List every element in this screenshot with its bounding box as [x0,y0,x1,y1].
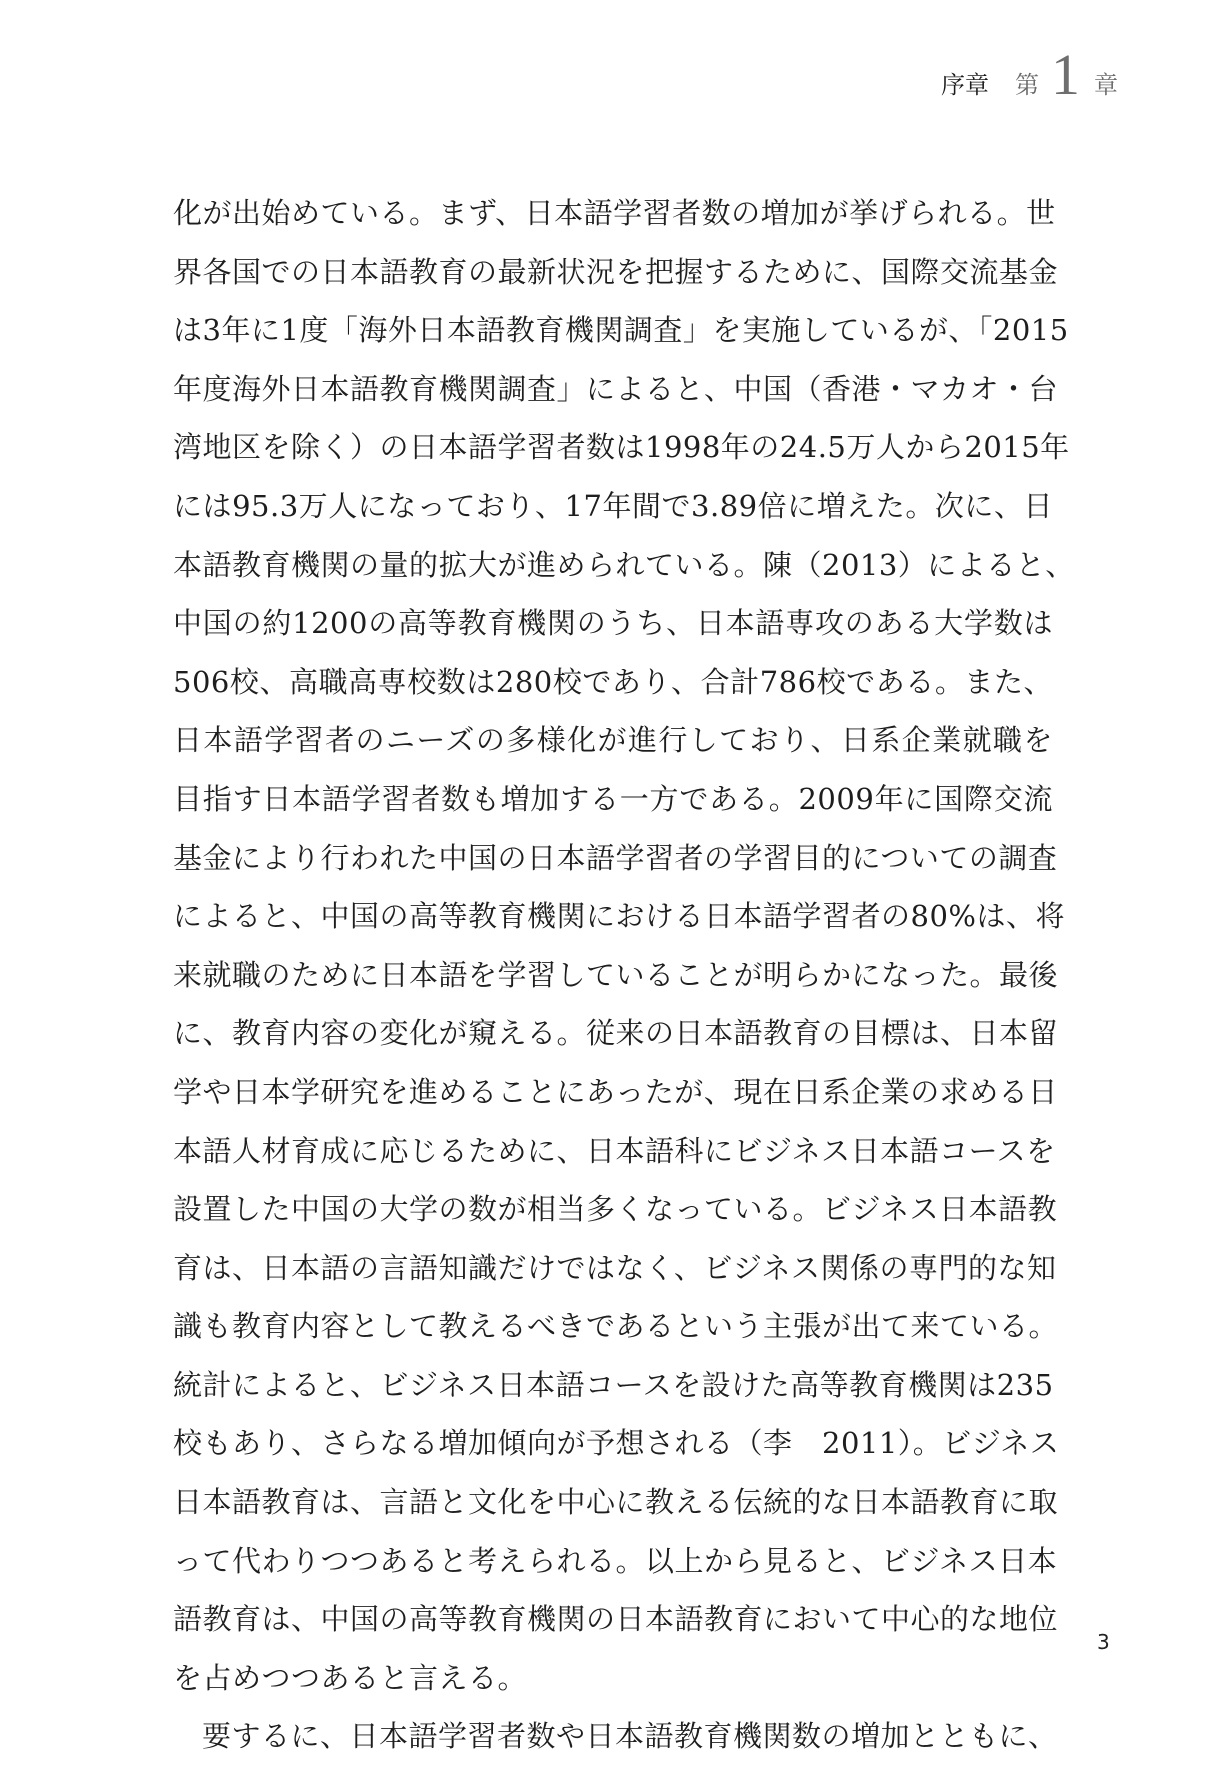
text-line: 育は、日本語の言語知識だけではなく、ビジネス関係の専門的な知 [173,1239,1053,1298]
text-line: 基金により行われた中国の日本語学習者の学習目的についての調査 [173,829,1053,888]
header-section-title: 序章 [941,70,989,100]
text-line: 識も教育内容として教えるべきであるという主張が出て来ている。 [173,1297,1053,1356]
text-line: 界各国での日本語教育の最新状況を把握するために、国際交流基金 [173,243,1053,302]
paragraph: 要するに、日本語学習者数や日本語教育機関数の増加とともに、 [173,1707,1053,1766]
text-line: 設置した中国の大学の数が相当多くなっている。ビジネス日本語教 [173,1180,1053,1239]
text-line: に、教育内容の変化が窺える。従来の日本語教育の目標は、日本留 [173,1004,1053,1063]
header-chapter-prefix: 第 [1015,70,1039,100]
text-line: 目指す日本語学習者数も増加する一方である。2009年に国際交流 [173,770,1053,829]
text-line: 要するに、日本語学習者数や日本語教育機関数の増加とともに、 [173,1707,1053,1766]
text-line: 統計によると、ビジネス日本語コースを設けた高等教育機関は235 [173,1356,1053,1415]
text-line: によると、中国の高等教育機関における日本語学習者の80%は、将 [173,887,1053,946]
text-line: は3年に1度「海外日本語教育機関調査」を実施しているが、「2015 [173,301,1053,360]
header-chapter-suffix: 章 [1094,70,1118,100]
running-header: 序章 第 1 章 [941,40,1118,100]
text-line: 本語人材育成に応じるために、日本語科にビジネス日本語コースを [173,1122,1053,1181]
text-line: 日本語学習者のニーズの多様化が進行しており、日系企業就職を [173,711,1053,770]
text-line: 学や日本学研究を進めることにあったが、現在日系企業の求める日 [173,1063,1053,1122]
page-number: 3 [1097,1630,1110,1654]
text-line: 日本語教育は、言語と文化を中心に教える伝統的な日本語教育に取 [173,1473,1053,1532]
text-line: 中国の約1200の高等教育機関のうち、日本語専攻のある大学数は [173,594,1053,653]
text-line: 化が出始めている。まず、日本語学習者数の増加が挙げられる。世 [173,184,1053,243]
text-line: 本語教育機関の量的拡大が進められている。陳（2013）によると、 [173,536,1053,595]
text-line: 語教育は、中国の高等教育機関の日本語教育において中心的な地位 [173,1590,1053,1649]
text-line: 年度海外日本語教育機関調査」によると、中国（香港・マカオ・台 [173,360,1053,419]
paragraph: 化が出始めている。まず、日本語学習者数の増加が挙げられる。世 界各国での日本語教… [173,184,1053,1707]
body-text: 化が出始めている。まず、日本語学習者数の増加が挙げられる。世 界各国での日本語教… [173,184,1053,1766]
header-chapter-number: 1 [1051,50,1080,100]
text-line: 校もあり、さらなる増加傾向が予想される（李 2011）。ビジネス [173,1414,1053,1473]
text-line: を占めつつあると言える。 [173,1649,1053,1708]
text-line: 湾地区を除く）の日本語学習者数は1998年の24.5万人から2015年 [173,418,1053,477]
text-line: って代わりつつあると考えられる。以上から見ると、ビジネス日本 [173,1532,1053,1591]
text-line: 来就職のために日本語を学習していることが明らかになった。最後 [173,946,1053,1005]
text-line: 506校、高職高専校数は280校であり、合計786校である。また、 [173,653,1053,712]
book-page: 序章 第 1 章 化が出始めている。まず、日本語学習者数の増加が挙げられる。世 … [0,0,1218,1784]
text-line: には95.3万人になっており、17年間で3.89倍に増えた。次に、日 [173,477,1053,536]
